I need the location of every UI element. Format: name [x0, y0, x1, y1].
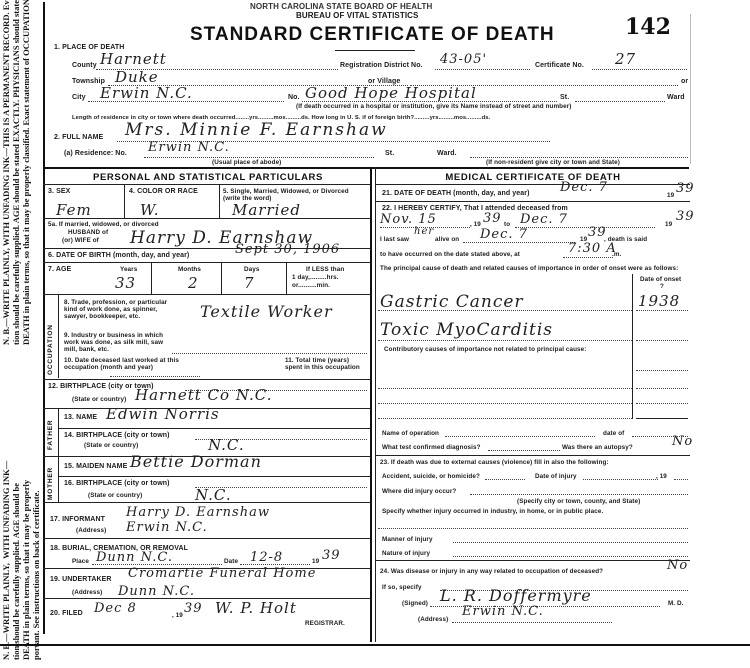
trade-label: 8. Trade, profession, or particular kind…	[64, 299, 174, 320]
personal-heading: PERSONAL AND STATISTICAL PARTICULARS	[48, 172, 368, 183]
row-line-5	[43, 218, 370, 219]
margin-note-col1: N. B.—WRITE PLAINLY, WITH UNFADING INK—T…	[1, 0, 11, 345]
hospital-note: (If death occurred in a hospital or inst…	[296, 103, 571, 110]
full-name-value[interactable]: Mrs. Minnie F. Earnshaw	[125, 120, 388, 140]
onset-line-5	[636, 403, 688, 404]
industry-label: 9. Industry or business in which work wa…	[64, 332, 174, 353]
city-label: City	[72, 94, 86, 101]
row-line-16	[43, 502, 370, 503]
physician-address-line	[452, 622, 612, 623]
onset-mark: ?	[660, 283, 664, 290]
time-line	[563, 257, 613, 258]
operation-label: Name of operation	[382, 430, 439, 437]
last-worked-label-text: 10. Date deceased last worked at this oc…	[64, 357, 179, 371]
specify-place-note: (Specify city or town, county, and State…	[517, 498, 640, 505]
onset-line-3	[636, 370, 688, 371]
years-label: Years	[120, 266, 137, 273]
dod-label: 21. DATE OF DEATH (month, day, and year)	[382, 190, 530, 197]
dod-line	[375, 201, 690, 202]
from-year-value[interactable]: 39	[483, 211, 502, 226]
last-saw-date[interactable]: Dec. 7	[480, 227, 528, 242]
marital-label-text: 5. Single, Married, Widowed, or Divorced…	[223, 188, 363, 202]
ward-label: Ward	[667, 94, 685, 101]
occupation-side-label: OCCUPATION	[47, 324, 54, 375]
test-label: What test confirmed diagnosis?	[382, 444, 481, 451]
dod-year-value[interactable]: 39	[676, 181, 695, 196]
form-bottom-border	[0, 644, 750, 646]
father-side-divider	[58, 408, 59, 456]
principal-label: The principal cause of death and related…	[380, 265, 688, 273]
registration-district-label: Registration District No.	[340, 62, 423, 69]
race-marital-divider	[219, 184, 220, 218]
spouse-label-1: 5a. If married, widowed, or divorced	[48, 221, 159, 228]
total-time-label-text: 11. Total time (years) spent in this occ…	[285, 357, 360, 371]
column-divider-inner	[375, 167, 376, 642]
residence-line	[144, 157, 374, 158]
registration-district-value[interactable]: 43-05'	[440, 52, 487, 67]
less-min-label: or..........min.	[292, 282, 330, 289]
form-right-border	[690, 14, 691, 164]
trade-label-text: 8. Trade, profession, or particular kind…	[64, 299, 167, 320]
months-value[interactable]: 2	[188, 274, 199, 292]
margin-note-col4: portant. See instructions on back of cer…	[31, 340, 41, 660]
informant-address-label: (Address)	[76, 527, 106, 534]
trade-value[interactable]: Textile Worker	[200, 302, 333, 321]
autopsy-value[interactable]: No	[672, 434, 693, 449]
principal-label-text: The principal cause of death and related…	[380, 265, 678, 272]
mother-side-divider	[58, 456, 59, 502]
bureau-name: BUREAU OF VITAL STATISTICS	[296, 11, 418, 20]
days-value[interactable]: 7	[244, 274, 255, 292]
md-label: M. D.	[668, 600, 684, 607]
specify-industry-label: Specify whether injury occurred in indus…	[382, 508, 603, 515]
informant-address-value[interactable]: Erwin N.C.	[126, 520, 208, 535]
county-label: County	[72, 62, 97, 69]
form-left-border	[43, 2, 45, 634]
cause-line-2	[378, 340, 632, 341]
onset-label: Date of onset	[640, 276, 681, 283]
usual-place-note: (Usual place of abode)	[212, 159, 281, 166]
years-value[interactable]: 33	[115, 274, 136, 292]
registrar-signature[interactable]: W. P. Holt	[215, 599, 297, 617]
alive-on-label: alive on	[435, 236, 459, 243]
nature-line	[453, 556, 688, 557]
to-year-value[interactable]: 39	[676, 209, 695, 224]
margin-note-col3: DEATH in plain terms, so that it may be …	[21, 0, 31, 345]
signed-label: (Signed)	[402, 600, 428, 607]
burial-date-label: Date	[224, 558, 238, 565]
last-worked-line	[110, 376, 200, 377]
age-label: 7. AGE	[48, 266, 71, 273]
mother-maiden-label: 15. MAIDEN NAME	[64, 463, 127, 470]
marital-label: 5. Single, Married, Widowed, or Divorced…	[223, 188, 363, 202]
occupation-related-label: 24. Was disease or injury in any way rel…	[380, 568, 603, 575]
birthplace-state-label: (State or country)	[72, 396, 126, 403]
time-value[interactable]: 7:30 A	[568, 241, 617, 256]
contributory-label-text: Contributory causes of importance not re…	[384, 346, 586, 353]
injury-date-label: Date of injury	[535, 473, 577, 480]
total-time-label: 11. Total time (years) spent in this occ…	[285, 357, 365, 371]
cause-2[interactable]: Toxic MyoCarditis	[380, 320, 553, 340]
margin-note-col2: tion should be carefully supplied. AGE s…	[11, 0, 21, 345]
burial-place-label: Place	[72, 558, 89, 565]
personal-heading-line	[43, 184, 370, 185]
father-birth-state-label: (State or country)	[84, 442, 138, 449]
last-saw-line	[463, 242, 575, 243]
full-name-label: 2. FULL NAME	[54, 134, 103, 141]
undertaker-value[interactable]: Cromartie Funeral Home	[128, 566, 316, 581]
certificate-no-label: Certificate No.	[535, 62, 584, 69]
residence-ward-label: Ward.	[437, 150, 457, 157]
board-name: NORTH CAROLINA STATE BOARD OF HEALTH	[250, 2, 432, 11]
years-months-divider	[151, 262, 152, 294]
race-value[interactable]: W.	[140, 201, 160, 219]
operation-line	[445, 436, 595, 437]
undertaker-address-label: (Address)	[72, 589, 102, 596]
birthplace-value[interactable]: Harnett Co N.C.	[135, 386, 272, 404]
op-date-label: date of	[603, 430, 624, 437]
spouse-label-2: HUSBAND of	[68, 229, 108, 236]
father-side-label: FATHER	[47, 420, 54, 450]
mother-birth-state-label: (State or country)	[88, 492, 142, 499]
where-line	[470, 494, 688, 495]
attend-from-value[interactable]: Nov. 15	[380, 212, 437, 227]
row-line-6	[43, 262, 370, 263]
informant-value[interactable]: Harry D. Earnshaw	[126, 505, 270, 520]
father-name-label: 13. NAME	[64, 414, 97, 421]
title-underline	[335, 50, 415, 51]
occupation-related-value[interactable]: No	[667, 558, 688, 573]
specify-industry-line	[378, 528, 688, 529]
nonresident-line	[470, 157, 688, 158]
accident-label: Accident, suicide, or homicide?	[382, 473, 480, 480]
last-saw-label: I last saw	[380, 236, 409, 243]
injury-date-line	[583, 479, 658, 480]
spouse-label-3: (or) WIFE of	[62, 237, 99, 244]
filed-year-prefix: , 19	[172, 612, 183, 619]
onset-divider	[632, 274, 633, 419]
sex-value[interactable]: Fem	[56, 201, 92, 219]
nature-label: Nature of injury	[382, 550, 430, 557]
st-line	[575, 101, 665, 102]
margin-note-col3b: DEATH in plain terms, so that it may be …	[21, 340, 31, 660]
residence-value[interactable]: Erwin N.C.	[148, 140, 230, 155]
nature-underline	[375, 560, 690, 561]
months-days-divider	[221, 262, 222, 294]
certificate-no-line	[592, 69, 687, 70]
onset-1[interactable]: 1938	[638, 292, 680, 310]
test-line	[488, 450, 560, 451]
city-value[interactable]: Erwin N.C.	[100, 84, 193, 102]
occurred-label: to have occurred on the date stated abov…	[380, 251, 520, 258]
st-label: St.	[560, 94, 569, 101]
contributory-label: Contributory causes of importance not re…	[384, 346, 624, 354]
last-worked-label: 10. Date deceased last worked at this oc…	[64, 357, 179, 371]
onset-line-6	[636, 418, 688, 419]
medical-heading-line	[375, 184, 690, 185]
no-label: No.	[288, 94, 300, 101]
onset-line-1	[636, 310, 688, 311]
undertaker-address-value[interactable]: Dunn N.C.	[118, 584, 195, 599]
race-label: 4. COLOR OR RACE	[129, 188, 198, 195]
row-line-19	[43, 598, 370, 599]
external-label: 23. If death was due to external causes …	[380, 459, 609, 466]
filed-label: 20. FILED	[50, 610, 83, 617]
onset-line-4	[636, 388, 688, 389]
burial-year-prefix: 19	[312, 558, 319, 565]
m-label: .m.	[612, 251, 621, 258]
burial-place-value[interactable]: Dunn N.C.	[96, 550, 173, 565]
margin-note-col1b: N. B.—WRITE PLAINLY, WITH UNFADING INK—	[1, 340, 11, 660]
row-line-occupation	[43, 379, 370, 380]
autopsy-label: Was there an autopsy?	[562, 444, 633, 451]
margin-note-col2b: tion should be carefully supplied. AGE s…	[11, 340, 21, 660]
to-year-prefix: 19	[665, 221, 672, 228]
row-line-13	[58, 428, 370, 429]
sex-label: 3. SEX	[48, 188, 70, 195]
injury-year-prefix: , 19	[656, 473, 667, 480]
burial-year-value[interactable]: 39	[322, 548, 341, 563]
hospital-value[interactable]: Good Hope Hospital	[305, 84, 477, 102]
or-label: or	[681, 78, 688, 85]
accident-line	[485, 479, 525, 480]
certificate-title: STANDARD CERTIFICATE OF DEATH	[190, 24, 555, 46]
registrar-label: REGISTRAR.	[305, 620, 345, 627]
attend-to-value[interactable]: Dec. 7	[520, 212, 568, 227]
days-less-divider	[286, 262, 287, 294]
nonresident-note: (If non-resident give city or town and S…	[486, 159, 620, 166]
months-label: Months	[178, 266, 201, 273]
section-separator	[43, 167, 689, 169]
column-divider	[370, 167, 372, 642]
residence-st-label: St.	[385, 150, 394, 157]
filed-date-value[interactable]: Dec 8	[94, 601, 137, 616]
certificate-no-value[interactable]: 27	[615, 50, 636, 68]
certify-label: 22. I HEREBY CERTIFY, That I attended de…	[382, 205, 568, 212]
less-than-label: If LESS than	[306, 266, 344, 273]
mother-side-label: MOTHER	[47, 467, 54, 500]
industry-line	[172, 353, 367, 354]
cause-1[interactable]: Gastric Cancer	[380, 292, 524, 312]
undertaker-label: 19. UNDERTAKER	[50, 576, 112, 583]
attend-to-line	[515, 227, 655, 228]
mother-maiden-value[interactable]: Bettie Dorman	[130, 452, 262, 471]
manner-line	[453, 542, 688, 543]
filed-year-value[interactable]: 39	[184, 601, 203, 616]
county-value[interactable]: Harnett	[100, 50, 167, 68]
sex-race-divider	[124, 184, 125, 218]
last-saw-pronoun[interactable]: her	[414, 226, 434, 237]
physician-address-value[interactable]: Erwin N.C.	[462, 604, 544, 619]
industry-label-text: 9. Industry or business in which work wa…	[64, 332, 163, 353]
contrib-line-2	[378, 403, 632, 404]
onset-line-2	[636, 340, 688, 341]
days-label: Days	[244, 266, 259, 273]
where-label: Where did injury occur?	[382, 488, 456, 495]
dod-value[interactable]: Dec. 7	[560, 180, 608, 195]
contrib-line-3	[378, 418, 632, 419]
row-line-15	[58, 476, 370, 477]
if-so-label: If so, specify	[382, 584, 422, 591]
marital-value[interactable]: Married	[232, 201, 301, 219]
informant-label: 17. INFORMANT	[50, 516, 105, 523]
dob-label: 6. DATE OF BIRTH (month, day, and year)	[48, 252, 189, 259]
medical-heading: MEDICAL CERTIFICATE OF DEATH	[378, 172, 688, 183]
father-birth-label: 14. BIRTHPLACE (city or town)	[64, 432, 170, 439]
mother-birth-label: 16. BIRTHPLACE (city or town)	[64, 480, 170, 487]
stamp-number: 142	[625, 14, 671, 40]
row-line-7	[43, 294, 370, 295]
father-name-value[interactable]: Edwin Norris	[106, 405, 220, 423]
dob-value[interactable]: Sept 30, 1906	[235, 242, 340, 257]
less-day-label: 1 day,.........hrs.	[292, 274, 339, 281]
physician-signature[interactable]: L. R. Doffermyre	[440, 586, 592, 605]
residence-label: (a) Residence: No.	[64, 150, 127, 157]
physician-address-label: (Address)	[418, 616, 448, 623]
burial-date-value[interactable]: 12-8	[250, 550, 283, 565]
row-line-17	[43, 538, 370, 539]
registration-district-line	[435, 69, 530, 70]
autopsy-line	[375, 455, 690, 456]
dod-year-prefix: 19	[667, 192, 674, 199]
injury-year-line	[674, 479, 688, 480]
contrib-line-1	[378, 388, 632, 389]
manner-label: Manner of injury	[382, 536, 433, 543]
occupation-side-divider	[58, 294, 59, 378]
